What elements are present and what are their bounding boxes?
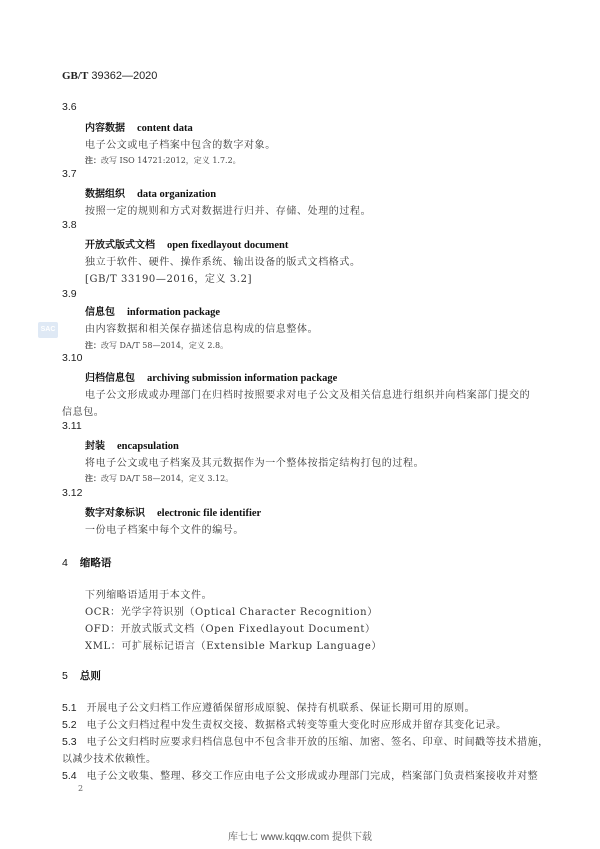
note-text: 改写 DA/T 58—2014，定义 2.8。 bbox=[101, 341, 228, 350]
term-en: content data bbox=[137, 123, 193, 134]
term-en: encapsulation bbox=[117, 441, 179, 452]
section-number: 5 bbox=[62, 670, 68, 682]
clause: 5.4电子公文收集、整理、移交工作应由电子公文形成或办理部门完成，档案部门负责档… bbox=[62, 767, 538, 782]
clause: 5.2电子公文归档过程中发生责权交接、数据格式转变等重大变化时应形成并留存其变化… bbox=[62, 716, 507, 731]
note-label: 注： bbox=[85, 155, 101, 165]
clause-text: 电子公文归档时应要求归档信息包中不包含非开放的压缩、加密、签名、印章、时间戳等技… bbox=[87, 737, 549, 748]
standard-number: 39362—2020 bbox=[91, 70, 157, 82]
note-label: 注： bbox=[85, 340, 101, 350]
term-en: archiving submission information package bbox=[147, 373, 337, 384]
term-heading: 内容数据content data bbox=[85, 119, 193, 134]
section-title: 总则 bbox=[80, 670, 101, 682]
term-definition: 电子公文或电子档案中包含的数字对象。 bbox=[85, 136, 276, 151]
term-en: data organization bbox=[137, 189, 216, 200]
term-zh: 封装 bbox=[85, 441, 105, 452]
term-note: 注：改写 DA/T 58—2014，定义 3.12。 bbox=[85, 473, 233, 484]
abbrev-intro: 下列缩略语适用于本文件。 bbox=[85, 586, 212, 601]
term-heading: 归档信息包archiving submission information pa… bbox=[85, 369, 337, 384]
term-number: 3.6 bbox=[62, 101, 77, 113]
term-source: [GB/T 33190—2016，定义 3.2] bbox=[85, 270, 252, 285]
term-number: 3.11 bbox=[62, 420, 82, 432]
term-en: electronic file identifier bbox=[157, 508, 261, 519]
term-heading: 开放式版式文档open fixedlayout document bbox=[85, 236, 288, 251]
term-definition: 按照一定的规则和方式对数据进行归并、存储、处理的过程。 bbox=[85, 202, 371, 217]
clause-cont: 以减少技术依赖性。 bbox=[62, 750, 157, 765]
abbrev-item: XML：可扩展标记语言（Extensible Markup Language） bbox=[85, 637, 382, 652]
term-number: 3.10 bbox=[62, 352, 82, 364]
abbrev-item: OCR：光学字符识别（Optical Character Recognition… bbox=[85, 603, 378, 618]
standard-header: GB/T 39362—2020 bbox=[62, 70, 157, 82]
note-label: 注： bbox=[85, 473, 101, 483]
term-definition: 独立于软件、硬件、操作系统、输出设备的版式文档格式。 bbox=[85, 253, 361, 268]
term-definition: 一份电子档案中每个文件的编号。 bbox=[85, 521, 244, 536]
term-heading: 数字对象标识electronic file identifier bbox=[85, 504, 261, 519]
term-zh: 开放式版式文档 bbox=[85, 240, 155, 251]
term-number: 3.7 bbox=[62, 168, 77, 180]
clause-text: 电子公文归档过程中发生责权交接、数据格式转变等重大变化时应形成并留存其变化记录。 bbox=[87, 720, 507, 731]
section-title: 缩略语 bbox=[80, 557, 112, 569]
section-number: 4 bbox=[62, 557, 68, 569]
note-text: 改写 ISO 14721:2012，定义 1.7.2。 bbox=[101, 156, 241, 165]
term-zh: 归档信息包 bbox=[85, 373, 135, 384]
term-definition: 将电子公文或电子档案及其元数据作为一个整体按指定结构打包的过程。 bbox=[85, 454, 424, 469]
term-en: information package bbox=[127, 307, 220, 318]
term-zh: 数据组织 bbox=[85, 189, 125, 200]
page-number: 2 bbox=[78, 784, 83, 793]
clause-number: 5.4 bbox=[62, 770, 77, 782]
clause-text: 开展电子公文归档工作应遵循保留形成原貌、保持有机联系、保证长期可用的原则。 bbox=[87, 703, 476, 714]
clause-number: 5.3 bbox=[62, 736, 77, 748]
note-text: 改写 DA/T 58—2014，定义 3.12。 bbox=[101, 474, 233, 483]
term-definition: 由内容数据和相关保存描述信息构成的信息整体。 bbox=[85, 320, 318, 335]
download-footer: 库七七 www.kqqw.com 提供下载 bbox=[0, 828, 600, 843]
term-heading: 信息包information package bbox=[85, 303, 220, 318]
term-zh: 信息包 bbox=[85, 307, 115, 318]
abbrev-item: OFD：开放式版式文档（Open Fixedlayout Document） bbox=[85, 620, 376, 635]
term-zh: 数字对象标识 bbox=[85, 508, 145, 519]
term-definition: 电子公文形成或办理部门在归档时按照要求对电子公文及相关信息进行组织并向档案部门提… bbox=[85, 386, 530, 401]
clause: 5.1开展电子公文归档工作应遵循保留形成原貌、保持有机联系、保证长期可用的原则。 bbox=[62, 699, 475, 714]
clause: 5.3电子公文归档时应要求归档信息包中不包含非开放的压缩、加密、签名、印章、时间… bbox=[62, 733, 549, 748]
term-note: 注：改写 DA/T 58—2014，定义 2.8。 bbox=[85, 340, 228, 351]
term-note: 注：改写 ISO 14721:2012，定义 1.7.2。 bbox=[85, 155, 241, 166]
term-heading: 封装encapsulation bbox=[85, 437, 179, 452]
term-number: 3.12 bbox=[62, 487, 82, 499]
term-number: 3.9 bbox=[62, 288, 77, 300]
clause-number: 5.1 bbox=[62, 702, 77, 714]
term-zh: 内容数据 bbox=[85, 123, 125, 134]
section-heading-general: 5总则 bbox=[62, 668, 101, 683]
sac-watermark-logo: SAC bbox=[38, 322, 58, 338]
term-heading: 数据组织data organization bbox=[85, 185, 216, 200]
clause-text: 电子公文收集、整理、移交工作应由电子公文形成或办理部门完成，档案部门负责档案接收… bbox=[87, 771, 539, 782]
term-number: 3.8 bbox=[62, 219, 77, 231]
clause-number: 5.2 bbox=[62, 719, 77, 731]
standard-prefix: GB/T bbox=[62, 70, 88, 82]
section-heading-abbreviations: 4缩略语 bbox=[62, 555, 111, 570]
term-en: open fixedlayout document bbox=[167, 240, 288, 251]
term-definition-cont: 信息包。 bbox=[62, 403, 104, 418]
